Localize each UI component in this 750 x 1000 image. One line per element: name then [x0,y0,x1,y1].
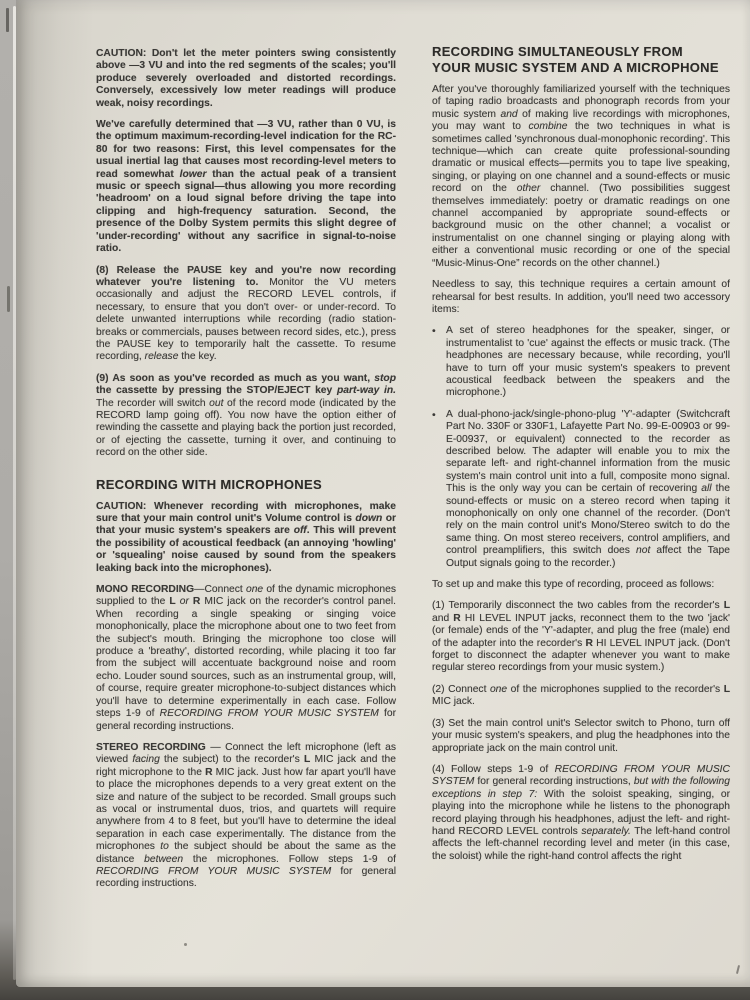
text-run: (2) Connect [432,684,490,695]
text-run: of the microphones supplied to the recor… [507,684,724,695]
paragraph: (9) As soon as you've recorded as much a… [96,373,396,460]
paragraph: (2) Connect one of the microphones suppl… [432,684,730,709]
page-curl-shadow [16,0,94,987]
text-run: Monitor the VU meters occasionally and a… [96,277,396,362]
left-column: CAUTION: Don't let the meter pointers sw… [96,48,396,900]
text-run: the cassette by pressing the STOP/EJECT … [96,385,337,396]
paragraph: CAUTION: Don't let the meter pointers sw… [96,48,396,110]
text-run: L [724,600,730,611]
text-run: CAUTION: Whenever recording with microph… [96,501,396,524]
paragraph: (4) Follow steps 1-9 of RECORDING FROM Y… [432,764,730,863]
paragraph: CAUTION: Whenever recording with microph… [96,501,396,575]
text-run: other [517,183,540,194]
text-run: (1) Temporarily disconnect the two cable… [432,600,724,611]
text-run: (9) As soon as you've recorded as much a… [96,373,374,384]
bullet-icon: • [432,325,446,399]
text-run: L [169,596,175,607]
text-run: all [701,483,711,494]
text-run: MIC jack on the recorder's control panel… [96,596,396,719]
text-run: RECORDING FROM YOUR MUSIC SYSTEM [160,708,379,719]
text-run: R [585,638,592,649]
text-run: Needless to say, this technique requires… [432,279,730,315]
paragraph: After you've thoroughly familiarized you… [432,84,730,270]
text-run: one [246,584,263,595]
bullet-item: •A set of stereo headphones for the spea… [432,325,730,399]
text-run: off [294,525,307,536]
text-run: (4) Follow steps 1-9 of [432,764,555,775]
section-heading: RECORDING WITH MICROPHONES [96,477,396,493]
text-run: than the actual peak of a transient musi… [96,169,396,254]
page-edge-mark-middle [7,286,10,312]
paragraph: MONO RECORDING—Connect one of the dynami… [96,584,396,733]
bullet-icon: • [432,409,446,570]
bullet-text: A set of stereo headphones for the speak… [446,325,730,399]
text-run: The recorder will switch [96,398,209,409]
text-run: channel. (Two possibilities suggest them… [432,183,730,268]
text-run: RECORDING FROM YOUR MUSIC SYSTEM [96,866,331,877]
text-run: down [355,513,382,524]
page-paper: CAUTION: Don't let the meter pointers sw… [16,0,750,987]
text-run: not [636,545,650,556]
text-run: the key. [178,351,216,362]
text-run: for general recording instructions, [474,776,633,787]
text-run: MIC jack. [432,696,475,707]
text-run: MONO RECORDING [96,584,194,595]
text-run: STEREO RECORDING [96,742,206,753]
text-run: A dual-phono-jack/single-phono-plug 'Y'-… [446,409,730,494]
text-run: (3) Set the main control unit's Selector… [432,718,730,754]
paragraph: Needless to say, this technique requires… [432,279,730,316]
text-run: —Connect [194,584,246,595]
text-run: separately. [581,826,631,837]
paper-speck [184,943,187,946]
text-run: CAUTION: Don't let the meter pointers sw… [96,48,396,109]
text-run: MIC jack. Just how far apart you'll have… [96,767,396,852]
text-run: To set up and make this type of recordin… [432,579,714,590]
text-run: facing [132,754,159,765]
text-run: R [453,613,460,624]
paragraph: We've carefully determined that —3 VU, r… [96,119,396,255]
page-edge-mark-top [6,8,9,32]
text-run: combine [529,121,568,132]
text-run: or [180,596,189,607]
text-run: and [500,109,517,120]
text-run: lower [180,169,207,180]
paragraph: (8) Release the PAUSE key and you're now… [96,265,396,364]
text-run: between [144,854,183,865]
text-run: out [209,398,223,409]
section-heading: RECORDING SIMULTANEOUSLY FROM YOUR MUSIC… [432,44,730,76]
paragraph: To set up and make this type of recordin… [432,579,730,591]
text-run: stop [374,373,396,384]
right-column: RECORDING SIMULTANEOUSLY FROM YOUR MUSIC… [432,44,730,872]
text-run: to [160,841,169,852]
text-run: the microphones. Follow steps 1-9 of [183,854,396,865]
paragraph: (3) Set the main control unit's Selector… [432,718,730,755]
text-run: and [432,613,453,624]
text-run: R [205,767,212,778]
text-run: part-way in. [337,385,396,396]
paragraph: STEREO RECORDING — Connect the left micr… [96,742,396,891]
text-run: one [490,684,507,695]
paragraph: (1) Temporarily disconnect the two cable… [432,600,730,674]
text-run: the subject) to the recorder's [160,754,304,765]
photo-background: CAUTION: Don't let the meter pointers sw… [0,0,750,1000]
bullet-text: A dual-phono-jack/single-phono-plug 'Y'-… [446,409,730,570]
text-run: L [724,684,730,695]
text-run: A set of stereo headphones for the speak… [446,325,730,398]
text-run: release [145,351,179,362]
bullet-item: •A dual-phono-jack/single-phono-plug 'Y'… [432,409,730,570]
page-edge-highlight [13,6,16,980]
